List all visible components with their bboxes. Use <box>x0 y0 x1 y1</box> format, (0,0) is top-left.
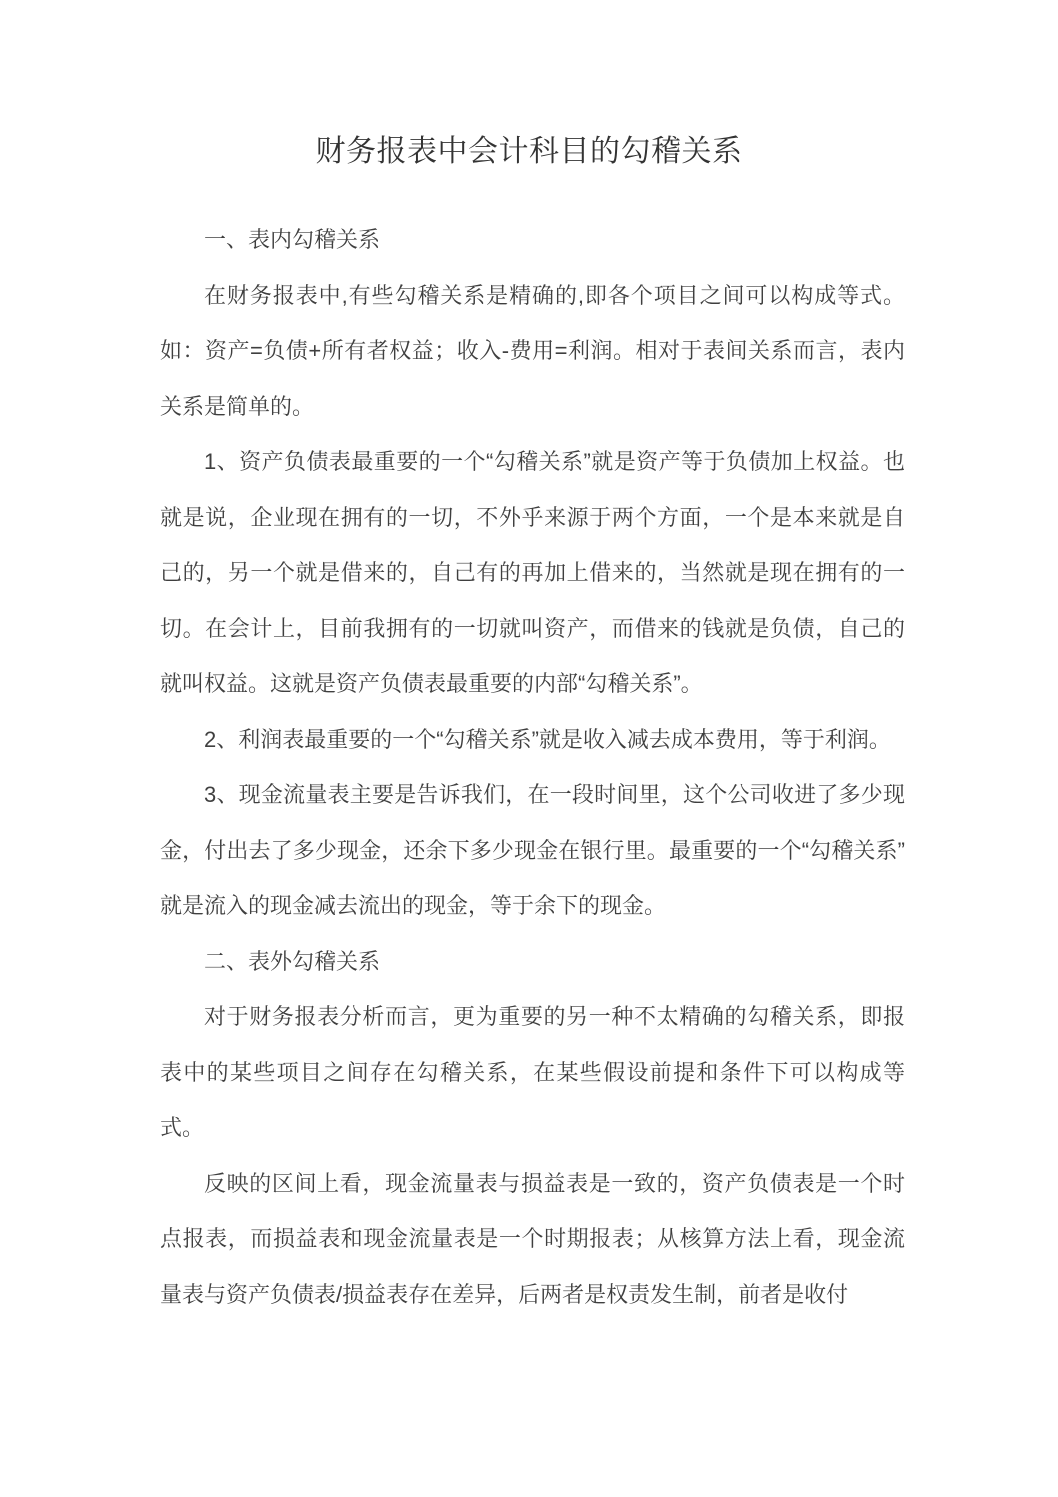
section-heading-inner-relations: 一、表内勾稽关系 <box>160 212 905 268</box>
section-heading-outer-relations: 二、表外勾稽关系 <box>160 934 905 990</box>
paragraph-balance-sheet: 1、资产负债表最重要的一个“勾稽关系”就是资产等于负债加上权益。也就是说，企业现… <box>160 434 905 712</box>
paragraph-outer-relations-intro: 对于财务报表分析而言，更为重要的另一种不太精确的勾稽关系，即报表中的某些项目之间… <box>160 989 905 1156</box>
paragraph-income-statement: 2、利润表最重要的一个“勾稽关系”就是收入减去成本费用，等于利润。 <box>160 712 905 768</box>
document-page: 财务报表中会计科目的勾稽关系 一、表内勾稽关系 在财务报表中,有些勾稽关系是精确… <box>0 0 1058 1497</box>
document-title: 财务报表中会计科目的勾稽关系 <box>0 0 1058 172</box>
document-body: 一、表内勾稽关系 在财务报表中,有些勾稽关系是精确的,即各个项目之间可以构成等式… <box>160 212 905 1322</box>
paragraph-cash-flow-statement: 3、现金流量表主要是告诉我们，在一段时间里，这个公司收进了多少现金，付出去了多少… <box>160 767 905 934</box>
paragraph-inner-relations-intro: 在财务报表中,有些勾稽关系是精确的,即各个项目之间可以构成等式。如：资产=负债+… <box>160 268 905 435</box>
paragraph-statement-comparison: 反映的区间上看，现金流量表与损益表是一致的，资产负债表是一个时点报表，而损益表和… <box>160 1156 905 1323</box>
